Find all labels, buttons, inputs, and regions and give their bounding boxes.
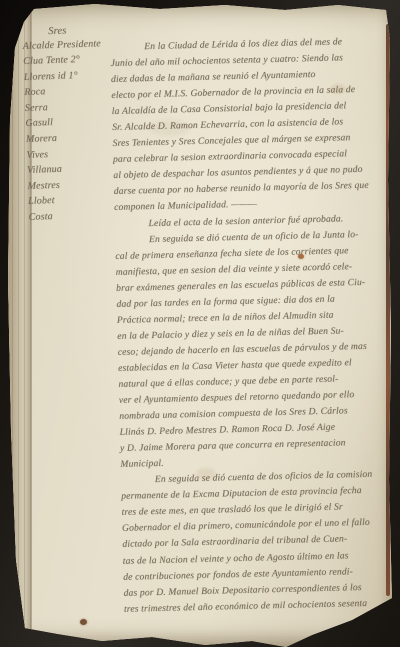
ink-stain	[80, 619, 87, 625]
body-text: En la Ciudad de Lérida á los diez dias d…	[110, 33, 400, 618]
photo-background: Sres Alcalde Presidente Clua Tente 2° Ll…	[0, 0, 400, 647]
ink-stain	[298, 254, 304, 259]
manuscript-page: Sres Alcalde Presidente Clua Tente 2° Ll…	[0, 0, 400, 647]
margin-header: Sres	[48, 23, 140, 37]
foxing-spot	[330, 84, 346, 94]
body-paragraph-4: En seguida se dió cuenta de dos oficios …	[121, 466, 400, 617]
foxing-spot	[150, 120, 190, 136]
body-paragraph-3: En seguida se dió cuenta de un oficio de…	[115, 225, 400, 473]
foxing-spot	[196, 468, 216, 480]
